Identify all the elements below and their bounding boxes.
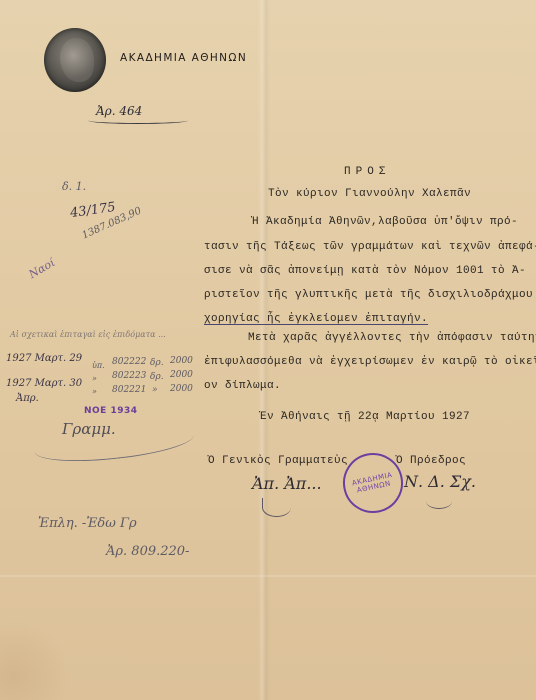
bottom-note-line-1: Ἐπλη. -Ἐδω Γρ — [38, 516, 137, 531]
ledger-prefix: » — [92, 374, 97, 383]
body-line: τασιν τῆς Τάξεως τῶν γραμμάτων καὶ τεχνῶ… — [204, 242, 536, 253]
ledger-label: δρ. — [150, 358, 164, 368]
ledger-amount: 2000 — [170, 370, 193, 380]
secretary-signature: Ἀπ. Ἀπ... — [252, 474, 322, 493]
body-line: Ἡ Ἀκαδημία Ἀθηνῶν,λαβοῦσα ὑπ'ὄψιν πρό- — [252, 217, 518, 228]
closing-line: ἐπιφυλασσόμεθα νὰ ἐγχειρίσωμεν ἐν καιρῷ … — [204, 357, 536, 368]
ledger-prefix: » — [92, 387, 97, 396]
athena-coin-emblem-icon — [44, 28, 106, 92]
body-line-underlined: χορηγίας ἧς ἐγκλείομεν ἐπιταγήν. — [204, 314, 428, 325]
institution-name: ΑΚΑΔΗΜΙΑ ΑΘΗΝΩΝ — [120, 52, 247, 64]
place-and-date: Ἐν Ἀθήναις τῇ 22ᾳ Μαρτίου 1927 — [260, 412, 470, 423]
ledger-amount: 2000 — [170, 384, 193, 394]
annotation-top: δ. 1. — [62, 180, 86, 193]
body-line: ριστεῖον τῆς γλυπτικῆς μετὰ τῆς δισχιλιο… — [204, 290, 533, 301]
ledger-date: 1927 Μαρτ. 29 — [6, 353, 82, 364]
secretary-signature-flourish — [262, 498, 291, 517]
ledger-prefix: ὑπ. — [92, 361, 105, 370]
closing-line: ον δίπλωμα. — [204, 381, 281, 392]
ledger-label: » — [152, 385, 158, 395]
ledger-label: δρ. — [150, 372, 164, 382]
body-line: σισε νὰ σᾶς ἀπονείμῃ κατὰ τὸν Νόμον 1001… — [204, 266, 526, 277]
president-signature-flourish — [426, 494, 452, 509]
closing-line: Μετὰ χαρᾶς ἀγγέλλοντες τὴν ἀπόφασιν ταύτ… — [248, 333, 536, 344]
ledger-date: Ἀπρ. — [16, 393, 39, 404]
ledger-number: 802223 — [112, 371, 146, 381]
letter-heading: ΠΡΟΣ — [344, 167, 390, 178]
ledger-header: Αἱ σχετικαὶ ἐπιταγαὶ εἰς ἐπιδόματα ... — [10, 330, 166, 339]
bottom-note-line-2: Ἀρ. 809.220- — [106, 544, 189, 559]
paper-fold — [0, 575, 536, 577]
secretary-title: Ὁ Γενικὸς Γραμματεὺς — [208, 456, 348, 467]
letter-recipient: Τὸν κύριον Γιαννούλην Χαλεπᾶν — [268, 189, 471, 200]
ledger-amount: 2000 — [170, 356, 193, 366]
water-stain — [0, 620, 70, 700]
paper-background — [0, 0, 536, 700]
ledger-date: 1927 Μαρτ. 30 — [6, 378, 82, 389]
reference-underline — [88, 117, 188, 124]
ledger-number: 802222 — [112, 357, 146, 367]
received-date-stamp: ΝΟΕ 1934 — [84, 406, 138, 416]
president-signature: Ν. Δ. Σχ. — [404, 472, 476, 491]
ledger-number: 802221 — [112, 385, 146, 395]
president-title: Ὁ Πρόεδρος — [396, 456, 466, 467]
reference-number: Ἀρ. 464 — [96, 104, 142, 118]
